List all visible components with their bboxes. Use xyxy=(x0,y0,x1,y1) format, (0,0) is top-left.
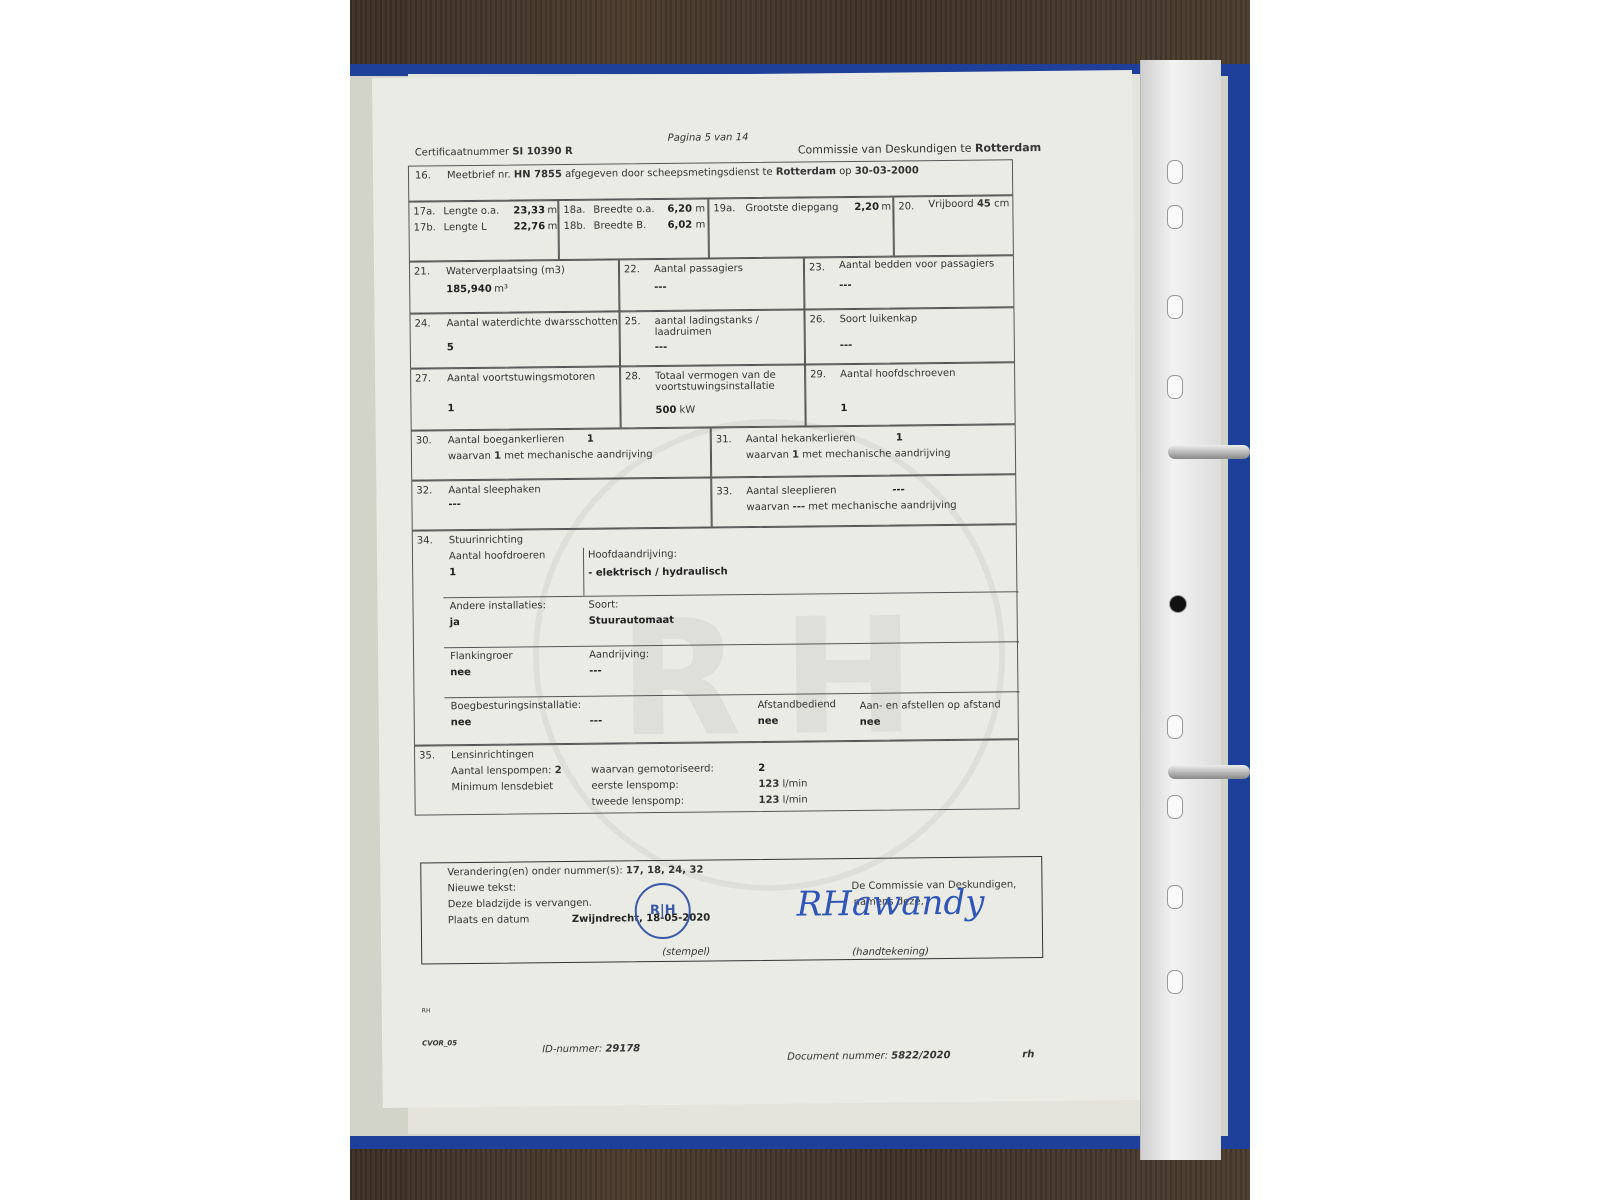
cell-17: 17a. Lengte o.a. 23,33 m 17b. Lengte L 2… xyxy=(408,200,559,262)
field-label xyxy=(444,641,1019,648)
field-number: 35. xyxy=(419,750,435,761)
cell-27: 27. Aantal voortstuwingsmotoren 1 xyxy=(410,366,621,430)
cell-29: 29. Aantal hoofdschroeven 1 xyxy=(805,362,1016,426)
field-value: --- xyxy=(448,499,461,510)
field-value: --- xyxy=(839,280,852,291)
field-number: 22. xyxy=(624,264,640,275)
document-photo: RH Certificaatnummer SI 10390 R Pagina 5… xyxy=(350,0,1250,1200)
punch-hole xyxy=(1167,375,1183,399)
cell-21: 21. Waterverplaatsing (m3) 185,940 m³ xyxy=(409,259,620,313)
field-label: Aandrijving: xyxy=(589,649,649,661)
field-label: Deze bladzijde is vervangen. xyxy=(448,898,592,911)
field-number: 24. xyxy=(415,318,431,329)
field-number: 34. xyxy=(417,535,433,546)
field-label xyxy=(583,548,585,596)
field-label xyxy=(443,591,1018,598)
cell-19: 19a. Grootste diepgang 2,20 m xyxy=(708,197,894,259)
field-number: 21. xyxy=(414,266,430,277)
field-label: waarvan xyxy=(448,451,491,462)
field-value: ja xyxy=(450,617,460,628)
field-label: 30-03-2000 xyxy=(855,165,919,177)
field-label: tweede lenspomp: xyxy=(592,796,685,808)
field-label: Totaal vermogen van de voortstuwingsinst… xyxy=(655,370,795,393)
punch-hole xyxy=(1167,205,1183,229)
field-number: 19a. xyxy=(713,203,735,214)
cell-32: 32. Aantal sleephaken --- xyxy=(411,477,712,530)
cell-31: 31. Aantal hekankerlieren 1 waarvan 1 me… xyxy=(711,424,1017,477)
field-value: 6,20 xyxy=(667,204,692,215)
field-label: Soort: xyxy=(588,599,618,610)
field-label: Document nummer: xyxy=(787,1051,888,1063)
field-label: m xyxy=(548,221,558,232)
field-label: met mechanische aandrijving xyxy=(808,500,956,513)
field-value: 6,02 xyxy=(668,220,693,231)
field-number: 33. xyxy=(716,486,732,497)
cell-20: 20. Vrijboord 45 cm xyxy=(893,195,1014,256)
punched-pocket-edge xyxy=(1140,60,1221,1160)
page-number: Pagina 5 van 14 xyxy=(668,132,749,144)
field-label: ID-nummer: xyxy=(542,1044,602,1056)
field-number: 17b. xyxy=(414,222,436,233)
field-value: --- xyxy=(589,666,602,677)
field-label: (stempel) xyxy=(662,947,710,959)
field-label: Stuurinrichting xyxy=(449,534,523,546)
field-number: 27. xyxy=(415,373,431,384)
binder-ring xyxy=(1168,445,1250,459)
meetbrief-line: Meetbrief nr. HN 7855 afgegeven door sch… xyxy=(447,165,919,181)
binder-ring xyxy=(1168,765,1250,779)
punch-hole xyxy=(1167,295,1183,319)
field-label: Aantal lenspompen: xyxy=(451,765,551,777)
field-label: Grootste diepgang xyxy=(745,202,838,214)
field-label: Afstandbediend xyxy=(758,699,837,711)
field-number: 29. xyxy=(810,369,826,380)
field-number: 26. xyxy=(809,314,825,325)
field-number: 18b. xyxy=(564,221,586,232)
field-number: 32. xyxy=(416,485,432,496)
field-number: 25. xyxy=(625,316,641,327)
field-label: waarvan 1 met mechanische aandrijving xyxy=(448,449,653,462)
field-number: 18a. xyxy=(563,205,585,216)
field-label: Aantal hekankerlieren xyxy=(746,433,856,445)
field-value: 185,940 xyxy=(446,284,492,295)
cell-23: 23. Aantal bedden voor passagiers --- xyxy=(804,255,1015,309)
field-label: Aantal hoofdroeren xyxy=(449,550,545,562)
field-number: 23. xyxy=(809,262,825,273)
field-value: 23,33 xyxy=(513,205,545,216)
field-value: 1 xyxy=(449,567,456,578)
field-label: Aantal sleephaken xyxy=(448,484,540,496)
cell-18: 18a. Breedte o.a. 6,20 m 18b. Breedte B.… xyxy=(558,198,709,260)
field-label: Lensinrichtingen xyxy=(451,749,534,761)
cell-28: 28. Totaal vermogen van de voortstuwings… xyxy=(620,364,806,428)
field-value: 1 xyxy=(447,403,454,414)
field-label xyxy=(444,691,1019,698)
cell-30: 30. Aantal boegankerlieren 1 waarvan 1 m… xyxy=(411,427,712,480)
field-label: l/min xyxy=(782,778,807,789)
initials: rh xyxy=(1022,1049,1034,1060)
field-label: Soort luikenkap xyxy=(839,313,917,325)
field-label: 2 xyxy=(555,765,562,776)
field-label: Aantal voortstuwingsmotoren xyxy=(447,372,595,385)
cell-24: 24. Aantal waterdichte dwarsschotten 5 xyxy=(409,311,620,368)
field-value: 1 xyxy=(840,403,847,414)
field-label: 1 xyxy=(792,450,799,461)
field-label: Aantal bedden voor passagiers xyxy=(839,258,994,271)
field-label: Waterverplaatsing (m3) xyxy=(446,265,565,277)
field-label: l/min xyxy=(783,794,808,805)
field-value: 5 xyxy=(447,342,454,353)
field-label: Aantal waterdichte dwarsschotten xyxy=(447,316,618,329)
field-value: --- xyxy=(840,340,853,351)
field-label: m³ xyxy=(494,284,508,295)
field-value: 1 xyxy=(587,434,594,445)
cell-34-steering: 34. Stuurinrichting Aantal hoofdroeren 1… xyxy=(412,524,1019,745)
field-label: Aantal boegankerlieren xyxy=(448,434,565,446)
field-label: Vrijboord xyxy=(928,199,974,210)
field-value: 2 xyxy=(758,763,765,774)
field-label: 123 l/min xyxy=(758,778,807,790)
field-label: 123 xyxy=(758,779,779,790)
field-label: 45 xyxy=(977,199,991,210)
certificate-number: Certificaatnummer SI 10390 R xyxy=(415,146,573,159)
punch-hole xyxy=(1167,795,1183,819)
field-label: Hoofdaandrijving: xyxy=(588,549,677,561)
field-label: 1 xyxy=(494,451,501,462)
changes-box: Verandering(en) onder nummer(s): 17, 18,… xyxy=(420,856,1043,965)
field-value: 500 xyxy=(655,405,676,416)
field-number: 28. xyxy=(625,371,641,382)
field-label: 17, 18, 24, 32 xyxy=(626,865,704,877)
field-label: --- xyxy=(793,501,806,512)
field-value: - elektrisch / hydraulisch xyxy=(588,566,728,578)
cell-25: 25. aantal ladingstanks / laadruimen --- xyxy=(619,309,805,366)
field-label: kW xyxy=(679,405,695,416)
field-label: 5822/2020 xyxy=(891,1050,950,1062)
punch-hole xyxy=(1167,970,1183,994)
field-label: m xyxy=(881,202,891,213)
field-label: Plaats en datum xyxy=(448,914,530,926)
signature: RHawandy xyxy=(796,883,984,925)
field-label: Verandering(en) onder nummer(s): xyxy=(447,865,622,878)
field-label: m xyxy=(695,204,705,215)
field-label: Andere installaties: xyxy=(449,600,546,612)
field-label: Flankingroer xyxy=(450,651,513,663)
field-label: Aantal lenspompen: 2 xyxy=(451,765,561,777)
field-number: 31. xyxy=(716,434,732,445)
field-label: Aantal passagiers xyxy=(654,263,743,275)
field-number: 20. xyxy=(898,201,914,212)
field-label: Rotterdam xyxy=(776,166,836,178)
field-label: Aantal hoofdschroeven xyxy=(840,368,955,380)
field-label: Breedte o.a. xyxy=(593,204,654,216)
cell-22: 22. Aantal passagiers --- xyxy=(619,257,805,311)
field-label: HN 7855 xyxy=(514,169,562,181)
field-label: Breedte B. xyxy=(594,220,647,232)
field-label: 29178 xyxy=(605,1043,640,1054)
field-label: m xyxy=(696,220,706,231)
field-label: Aan- en afstellen op afstand xyxy=(860,699,1001,711)
field-label: waarvan xyxy=(746,502,789,513)
field-label: Meetbrief nr. xyxy=(447,170,511,182)
field-label: afgegeven door scheepsmetingsdienst te xyxy=(565,167,773,180)
field-label: Lengte L xyxy=(444,222,487,233)
rh-holland-stamp: R|H xyxy=(634,883,691,940)
field-value: 22,76 xyxy=(514,221,546,232)
field-label: aantal ladingstanks / laadruimen xyxy=(655,315,775,338)
field-label: Aantal sleeplieren xyxy=(746,485,836,497)
field-label: eerste lenspomp: xyxy=(591,780,678,792)
punch-hole xyxy=(1167,160,1183,184)
field-number: 17a. xyxy=(413,206,435,217)
footer-rh-small: RH xyxy=(422,1007,431,1014)
field-label: waarvan --- met mechanische aandrijving xyxy=(746,500,956,513)
punch-hole xyxy=(1167,715,1183,739)
field-number: 30. xyxy=(416,435,432,446)
commission-header: Commissie van Deskundigen te Rotterdam xyxy=(798,141,1042,157)
field-label: met mechanische aandrijving xyxy=(802,448,950,461)
field-label: op xyxy=(839,166,852,177)
field-label: Minimum lensdebiet xyxy=(451,781,553,793)
field-value: 2,20 xyxy=(854,202,879,213)
field-label: 123 l/min xyxy=(759,794,808,806)
field-label: cm xyxy=(994,198,1009,209)
punch-hole xyxy=(1167,885,1183,909)
certificate-page: RH Certificaatnummer SI 10390 R Pagina 5… xyxy=(372,70,1143,1108)
field-label: Nieuwe tekst: xyxy=(447,883,516,895)
document-number: Document nummer: 5822/2020 xyxy=(787,1050,950,1063)
field-label: Lengte o.a. xyxy=(443,206,499,218)
punch-hole xyxy=(1169,595,1187,613)
field-value: nee xyxy=(758,716,779,727)
field-value: nee xyxy=(860,717,881,728)
field-label: waarvan xyxy=(746,450,789,461)
field-label: waarvan 1 met mechanische aandrijving xyxy=(746,448,951,461)
cell-35-bilge: 35. Lensinrichtingen Aantal lenspompen: … xyxy=(414,739,1020,815)
field-value: --- xyxy=(590,716,603,727)
field-label: m xyxy=(547,205,557,216)
field-value: nee xyxy=(450,667,471,678)
field-value: --- xyxy=(655,342,668,353)
id-number: ID-nummer: 29178 xyxy=(542,1043,640,1055)
field-label: Boegbesturingsinstallatie: xyxy=(451,700,582,712)
cell-26: 26. Soort luikenkap --- xyxy=(804,307,1015,364)
field-value: --- xyxy=(892,484,905,495)
field-value: Stuurautomaat xyxy=(589,615,674,627)
field-label: met mechanische aandrijving xyxy=(504,449,652,462)
field-label: 123 xyxy=(759,795,780,806)
field-value: 1 xyxy=(896,432,903,443)
field-label: waarvan gemotoriseerd: xyxy=(591,763,714,775)
field-value: --- xyxy=(654,282,667,293)
form-code: CVOR_05 xyxy=(422,1039,457,1047)
field-label: (handtekening) xyxy=(852,946,929,958)
field-value: nee xyxy=(451,717,472,728)
cell-33: 33. Aantal sleeplieren --- waarvan --- m… xyxy=(711,474,1017,527)
